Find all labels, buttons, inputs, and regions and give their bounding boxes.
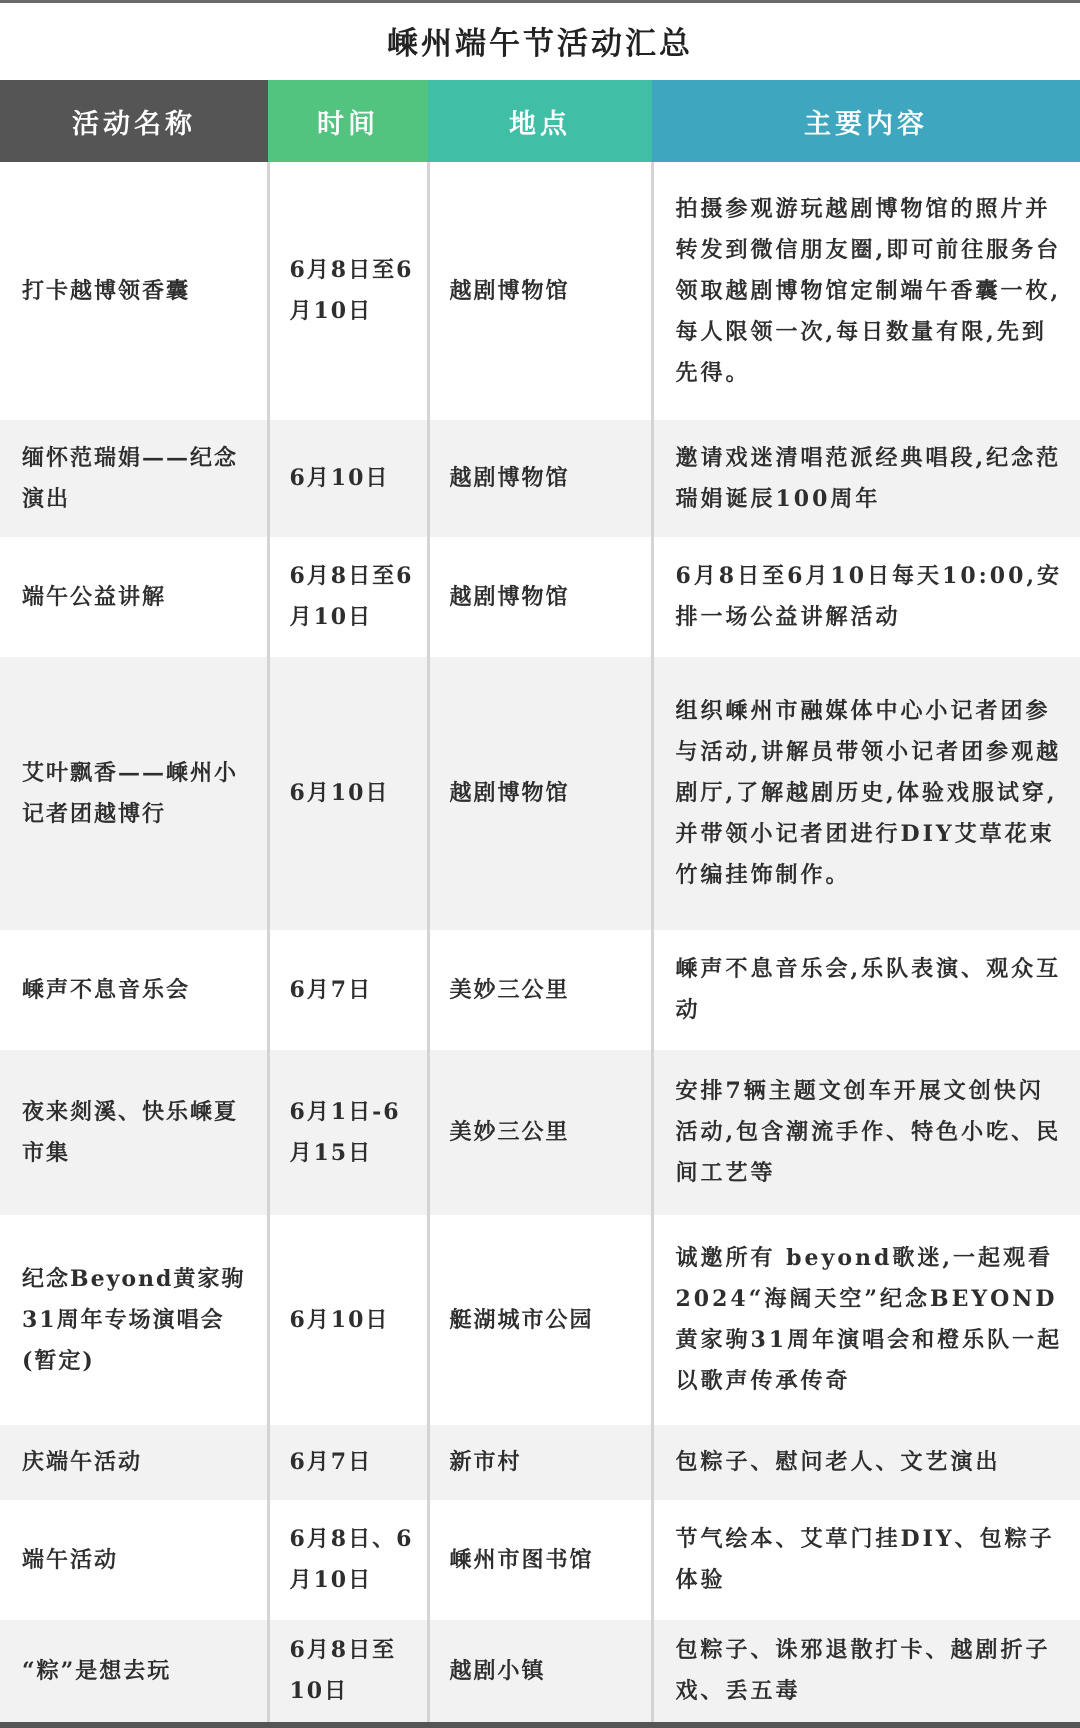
content-cell: 诚邀所有 beyond歌迷,一起观看2024“海阔天空”纪念BEYOND黄家驹3…: [652, 1215, 1080, 1425]
table-row: 庆端午活动 6月7日 新市村 包粽子、慰问老人、文艺演出: [0, 1425, 1080, 1500]
time-cell: 6月10日: [268, 657, 428, 930]
activity-name-cell: 夜来剡溪、快乐嵊夏市集: [0, 1050, 268, 1215]
place-cell: 新市村: [428, 1425, 652, 1500]
content-cell: 嵊声不息音乐会,乐队表演、观众互动: [652, 930, 1080, 1050]
table-row: 夜来剡溪、快乐嵊夏市集 6月1日-6月15日 美妙三公里 安排7辆主题文创车开展…: [0, 1050, 1080, 1215]
activity-name-cell: 打卡越博领香囊: [0, 162, 268, 420]
activity-name-cell: 端午活动: [0, 1500, 268, 1620]
content-cell: 节气绘本、艾草门挂DIY、包粽子体验: [652, 1500, 1080, 1620]
place-cell: 越剧小镇: [428, 1620, 652, 1722]
place-cell: 越剧博物馆: [428, 420, 652, 537]
time-cell: 6月8日至6月10日: [268, 537, 428, 657]
table-row: 纪念Beyond黄家驹31周年专场演唱会(暂定) 6月10日 艇湖城市公园 诚邀…: [0, 1215, 1080, 1425]
place-cell: 越剧博物馆: [428, 162, 652, 420]
time-cell: 6月7日: [268, 930, 428, 1050]
content-cell: 邀请戏迷清唱范派经典唱段,纪念范瑞娟诞辰100周年: [652, 420, 1080, 537]
time-cell: 6月8日至6月10日: [268, 162, 428, 420]
page-title: 嵊州端午节活动汇总: [0, 0, 1080, 80]
column-header-activity-name: 活动名称: [0, 80, 268, 162]
column-header-time: 时间: [268, 80, 428, 162]
content-cell: 拍摄参观游玩越剧博物馆的照片并转发到微信朋友圈,即可前往服务台领取越剧博物馆定制…: [652, 162, 1080, 420]
time-cell: 6月1日-6月15日: [268, 1050, 428, 1215]
time-cell: 6月8日至10日: [268, 1620, 428, 1722]
table-row: 端午活动 6月8日、6月10日 嵊州市图书馆 节气绘本、艾草门挂DIY、包粽子体…: [0, 1500, 1080, 1620]
content-cell: 包粽子、慰问老人、文艺演出: [652, 1425, 1080, 1500]
table-row: 缅怀范瑞娟——纪念演出 6月10日 越剧博物馆 邀请戏迷清唱范派经典唱段,纪念范…: [0, 420, 1080, 537]
content-cell: 安排7辆主题文创车开展文创快闪活动,包含潮流手作、特色小吃、民间工艺等: [652, 1050, 1080, 1215]
activity-name-cell: 嵊声不息音乐会: [0, 930, 268, 1050]
content-cell: 6月8日至6月10日每天10:00,安排一场公益讲解活动: [652, 537, 1080, 657]
activity-name-cell: 端午公益讲解: [0, 537, 268, 657]
bottom-rule: [0, 1722, 1080, 1728]
table-header-row: 活动名称 时间 地点 主要内容: [0, 80, 1080, 162]
table-row: 艾叶飘香——嵊州小记者团越博行 6月10日 越剧博物馆 组织嵊州市融媒体中心小记…: [0, 657, 1080, 930]
time-cell: 6月8日、6月10日: [268, 1500, 428, 1620]
place-cell: 嵊州市图书馆: [428, 1500, 652, 1620]
table-row: “粽”是想去玩 6月8日至10日 越剧小镇 包粽子、诛邪退散打卡、越剧折子戏、丢…: [0, 1620, 1080, 1722]
column-header-place: 地点: [428, 80, 652, 162]
table-row: 打卡越博领香囊 6月8日至6月10日 越剧博物馆 拍摄参观游玩越剧博物馆的照片并…: [0, 162, 1080, 420]
activity-name-cell: 缅怀范瑞娟——纪念演出: [0, 420, 268, 537]
place-cell: 越剧博物馆: [428, 537, 652, 657]
time-cell: 6月7日: [268, 1425, 428, 1500]
column-header-content: 主要内容: [652, 80, 1080, 162]
place-cell: 美妙三公里: [428, 930, 652, 1050]
activity-name-cell: 纪念Beyond黄家驹31周年专场演唱会(暂定): [0, 1215, 268, 1425]
content-cell: 组织嵊州市融媒体中心小记者团参与活动,讲解员带领小记者团参观越剧厅,了解越剧历史…: [652, 657, 1080, 930]
activity-name-cell: 庆端午活动: [0, 1425, 268, 1500]
activity-name-cell: 艾叶飘香——嵊州小记者团越博行: [0, 657, 268, 930]
place-cell: 艇湖城市公园: [428, 1215, 652, 1425]
place-cell: 越剧博物馆: [428, 657, 652, 930]
place-cell: 美妙三公里: [428, 1050, 652, 1215]
activity-summary-table: 活动名称 时间 地点 主要内容 打卡越博领香囊 6月8日至6月10日 越剧博物馆…: [0, 80, 1080, 1722]
table-row: 端午公益讲解 6月8日至6月10日 越剧博物馆 6月8日至6月10日每天10:0…: [0, 537, 1080, 657]
content-cell: 包粽子、诛邪退散打卡、越剧折子戏、丢五毒: [652, 1620, 1080, 1722]
table-row: 嵊声不息音乐会 6月7日 美妙三公里 嵊声不息音乐会,乐队表演、观众互动: [0, 930, 1080, 1050]
time-cell: 6月10日: [268, 420, 428, 537]
time-cell: 6月10日: [268, 1215, 428, 1425]
activity-name-cell: “粽”是想去玩: [0, 1620, 268, 1722]
